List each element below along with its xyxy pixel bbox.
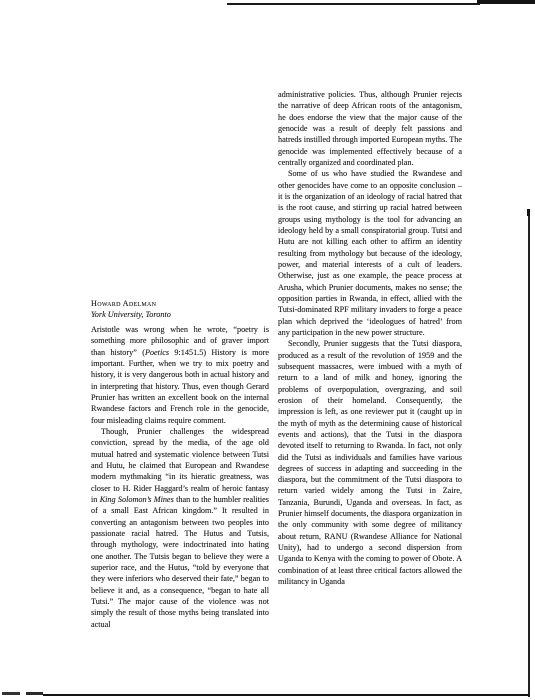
scan-edge-right-line [528,213,530,697]
paragraph: administrative policies. Thus, although … [278,89,462,168]
scan-smudge-left-2 [26,692,43,695]
author-name: Howard Adelman [91,298,269,309]
scan-edge-top-line [227,3,480,5]
paragraph: Some of us who have studied the Rwandese… [278,168,462,338]
scanned-page: Howard Adelman York University, Toronto … [0,0,535,700]
scan-smudge-left-1 [2,692,20,695]
scan-edge-right-line-cap [527,209,530,216]
right-column-body: administrative policies. Thus, although … [278,89,462,587]
author-affiliation: York University, Toronto [91,309,269,320]
scan-edge-top-right-segment [477,0,535,4]
scan-edge-bottom-line [43,694,529,696]
paragraph: Though, Prunier challenges the widesprea… [91,426,269,630]
paragraph: Secondly, Prunier suggests that the Tuts… [278,338,462,587]
paragraph: Aristotle was wrong when he wrote, “poet… [91,324,269,426]
left-column: Howard Adelman York University, Toronto … [91,298,269,630]
right-column: administrative policies. Thus, although … [278,89,462,587]
left-column-body: Aristotle was wrong when he wrote, “poet… [91,324,269,630]
